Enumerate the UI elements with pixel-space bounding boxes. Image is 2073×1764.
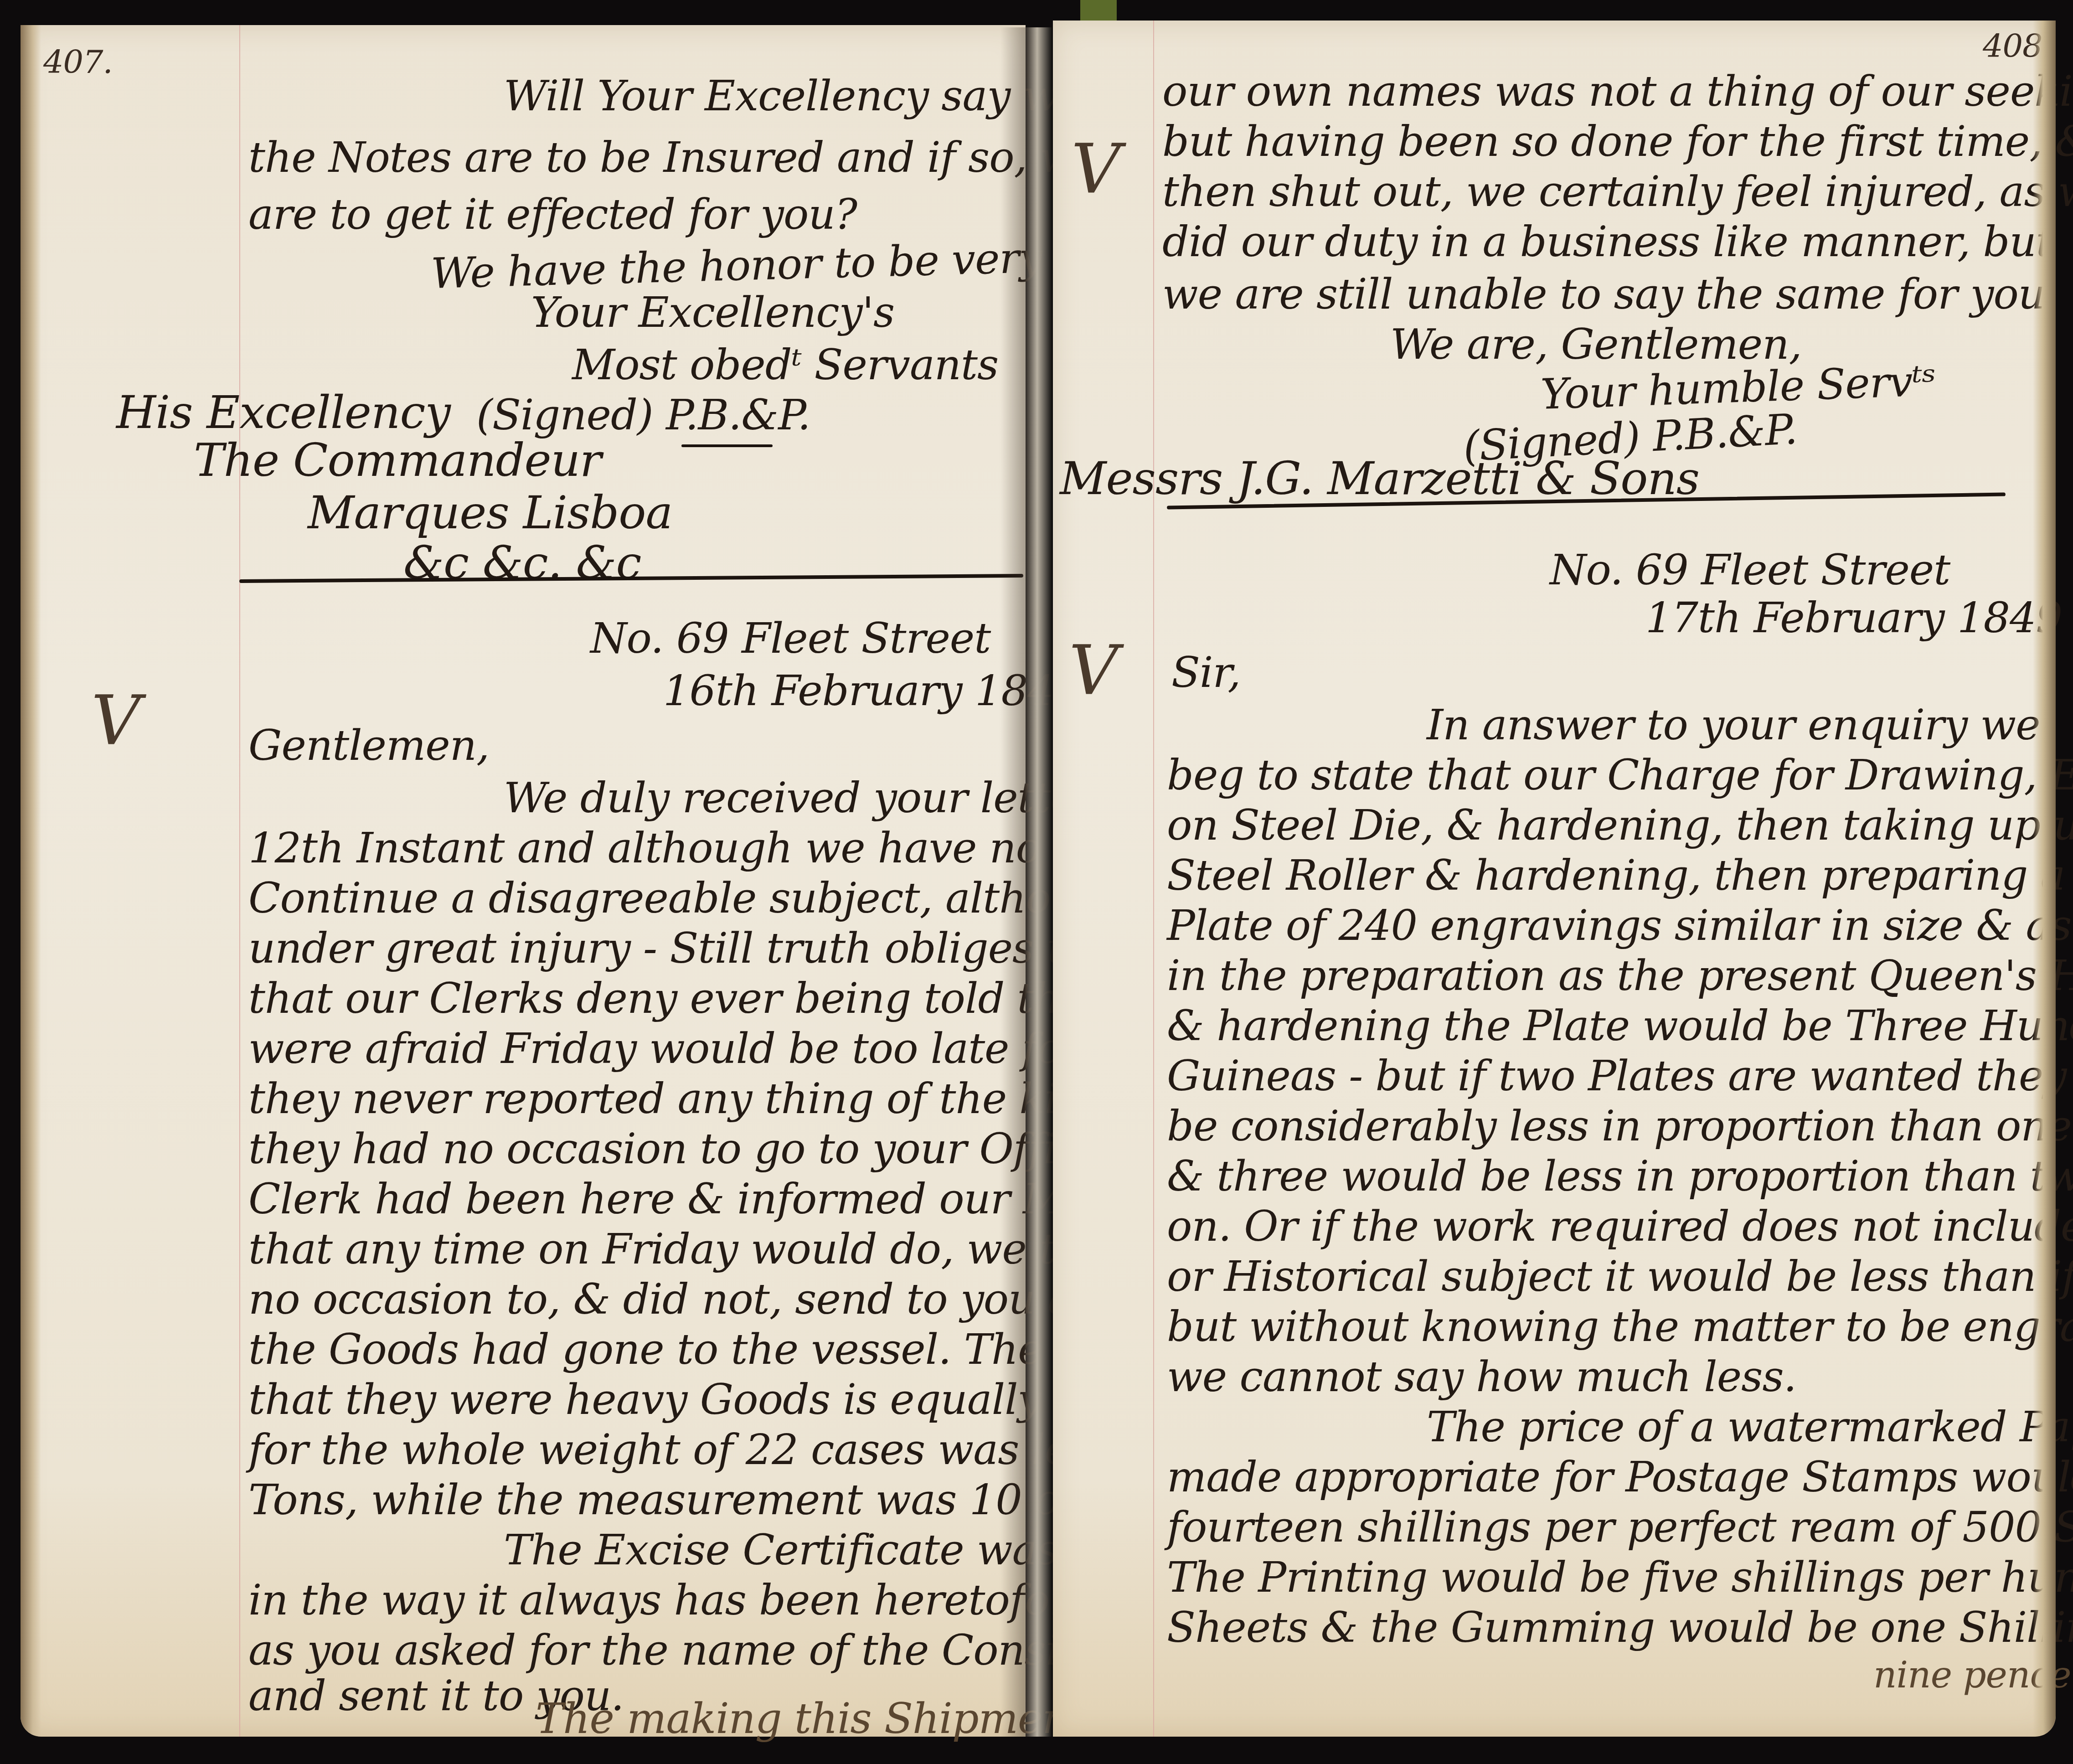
closing-line: Your Excellency's (531, 292, 894, 334)
signature-underline (681, 444, 773, 447)
closing-line: We are, Gentlemen, (1390, 324, 1802, 366)
margin-check-mark: V (1069, 631, 1118, 711)
page-number: 408. (1983, 27, 2052, 65)
body-line: on Steel Die, & hardening, then taking u… (1167, 805, 2073, 846)
right-page: 408. V our own names was not a thing of … (1053, 21, 2056, 1737)
body-line: Sheets & the Gumming would be one Shilli… (1167, 1607, 2073, 1649)
continuation-line: then shut out, we certainly feel injured… (1162, 171, 2073, 213)
body-line: The Printing would be five shillings per… (1167, 1557, 2073, 1599)
body-line: beg to state that our Charge for Drawing… (1167, 754, 2073, 796)
continuation-line: did our duty in a business like manner, … (1162, 221, 2052, 263)
signature: (Signed) P.B.&P. (476, 394, 810, 436)
letter-address: No. 69 Fleet Street (1550, 549, 1950, 591)
letter-address: No. 69 Fleet Street (590, 618, 990, 660)
body-line: & three would be less in proportion than… (1167, 1155, 2073, 1197)
recipient-line: His Excellency (116, 390, 450, 435)
body-line: Guineas - but if two Plates are wanted t… (1167, 1055, 2073, 1097)
body-line: in the preparation as the present Queen'… (1167, 955, 2073, 997)
body-line: we cannot say how much less. (1167, 1356, 1796, 1398)
salutation: Sir, (1171, 652, 1241, 694)
continuation-line: we are still unable to say the same for … (1162, 273, 2058, 315)
continuation-line: our own names was not a thing of our see… (1162, 71, 2073, 113)
body-line: or Historical subject it would be less t… (1167, 1256, 2073, 1298)
body-line: fourteen shillings per perfect ream of 5… (1167, 1506, 2073, 1548)
body-line: Plate of 240 engravings similar in size … (1167, 905, 2073, 947)
recipient-line: Marques Lisboa (308, 490, 672, 536)
recipient: Messrs J.G. Marzetti & Sons (1060, 456, 1699, 501)
continuation-line: but having been so done for the first ti… (1162, 121, 2073, 163)
body-line: made appropriate for Postage Stamps woul… (1167, 1456, 2073, 1498)
body-line: Steel Roller & hardening, then preparing… (1167, 855, 2073, 897)
margin-check-mark: V (1071, 130, 1120, 209)
letter-date: 17th February 1849 (1645, 597, 2062, 639)
closing-line: are to get it effected for you? (248, 194, 857, 236)
body-line: nine pence (1873, 1657, 2071, 1693)
margin-check-mark: V (91, 681, 140, 761)
margin-rule (239, 25, 240, 1737)
closing-line: Most obedᵗ Servants (572, 344, 998, 386)
body-line: be considerably less in proportion than … (1167, 1105, 2073, 1147)
body-line: In answer to your enquiry we (1427, 704, 2040, 746)
body-line: on. Or if the work required does not inc… (1167, 1206, 2073, 1248)
body-line: but without knowing the matter to be eng… (1167, 1306, 2073, 1348)
left-page: 407. Will Your Excellency say whether th… (21, 25, 1026, 1737)
body-line: The price of a watermarked Paper (1427, 1406, 2073, 1448)
book-gutter (1000, 27, 1053, 1737)
page-number: 407. (43, 43, 113, 81)
margin-rule (1153, 21, 1154, 1737)
recipient-line: The Commandeur (194, 438, 601, 483)
salutation: Gentlemen, (248, 725, 489, 767)
body-line: & hardening the Plate would be Three Hun… (1167, 1005, 2073, 1047)
